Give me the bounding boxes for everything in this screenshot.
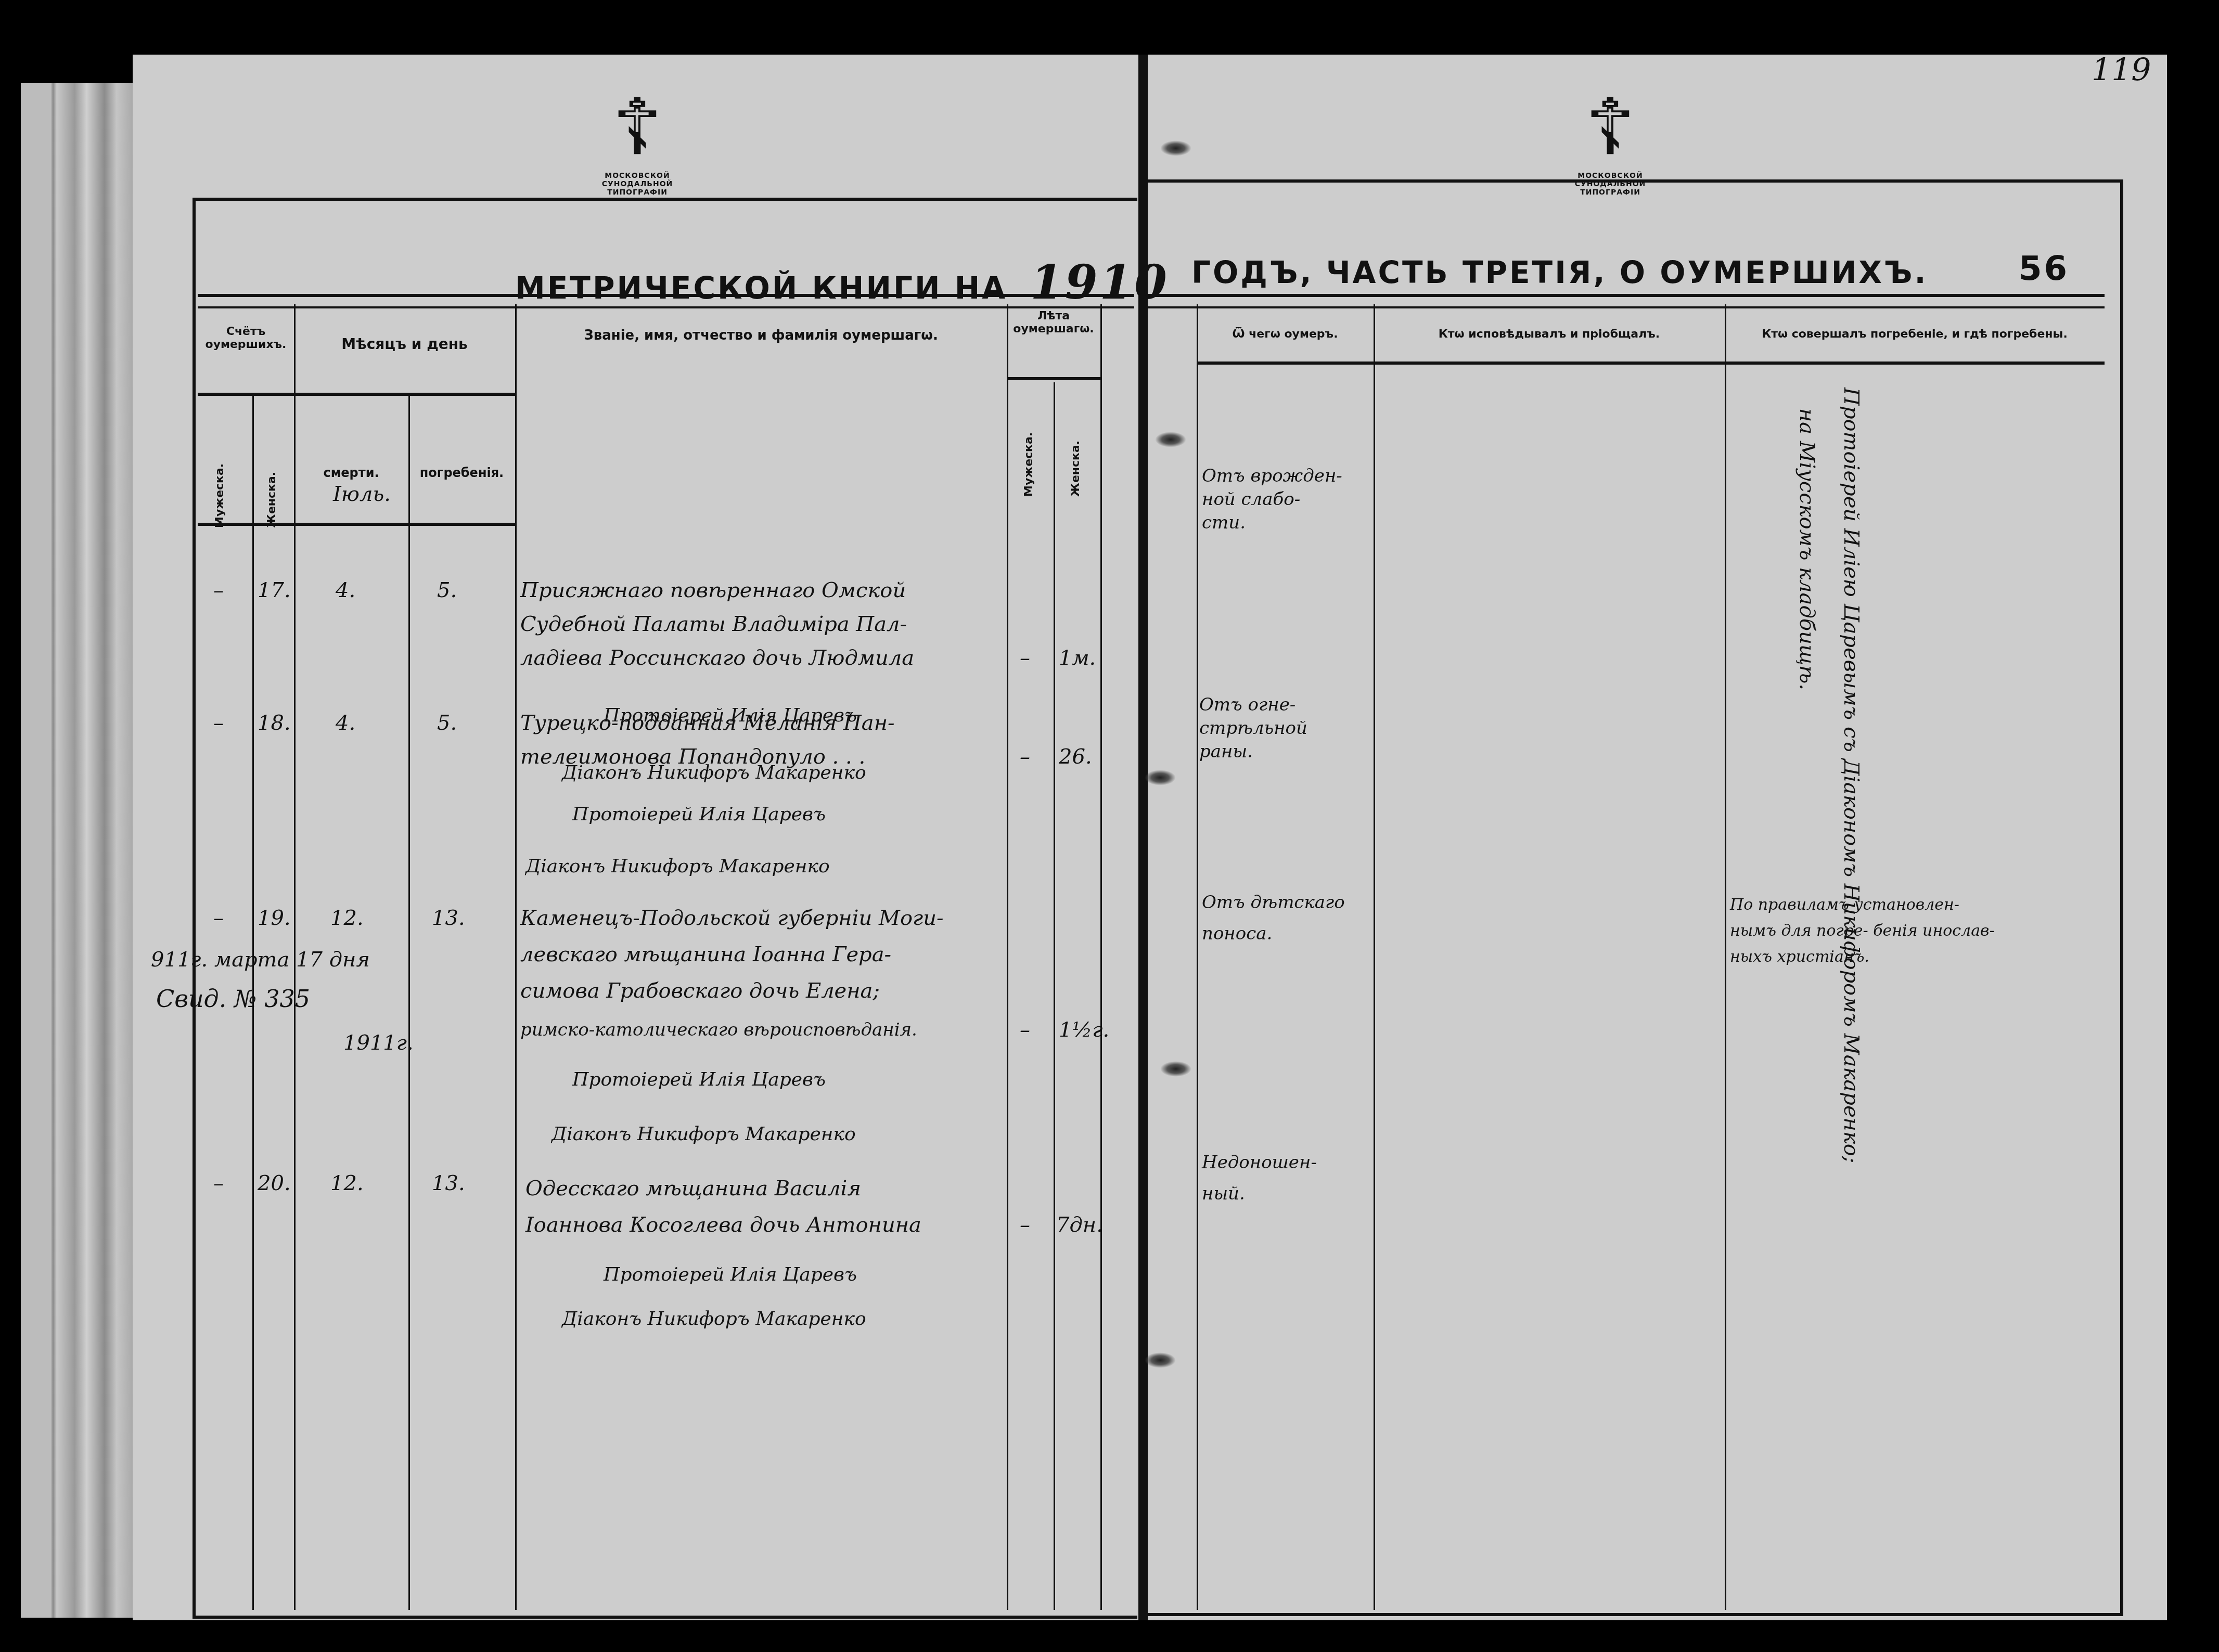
col-divider (1054, 382, 1055, 1610)
record-male: – (213, 1168, 224, 1199)
folio-stamp: 119 (2092, 52, 2151, 88)
record-death-day: 4. (336, 707, 355, 739)
record-number: 19. (258, 902, 291, 934)
signature-deacon: Діаконъ Никифоръ Макаренко (525, 856, 830, 877)
record-number: 20. (258, 1168, 291, 1199)
record-name-line: симова Грабовскаго дочь Елена; (520, 975, 880, 1006)
header-death: смерти. (294, 466, 408, 480)
margin-note-line: 1911г. (343, 1027, 414, 1059)
signature-priest: Протоіерей Илія Царевъ (572, 1069, 826, 1090)
signature-deacon: Діаконъ Никифоръ Макаренко (562, 1308, 866, 1330)
header-rule (1007, 377, 1100, 380)
record-death-day: 12. (330, 902, 364, 934)
binding-thread-stain (1160, 1061, 1191, 1077)
right-title: ГОДЪ, ЧАСТЬ ТРЕТІЯ, О ОУМЕРШИХЪ. (1191, 255, 1928, 290)
signature-priest: Протоіерей Илія Царевъ (572, 804, 826, 825)
record-age-female: 1м. (1059, 642, 1096, 674)
col-divider (515, 304, 517, 1610)
header-age-female: Женска. (1069, 393, 1082, 497)
binding-thread-stain (1145, 770, 1176, 785)
header-male: Мужеска. (213, 408, 226, 528)
cause-line: Недоношен- (1202, 1147, 1317, 1178)
header-age: Лѣта оумершагѡ. (1007, 309, 1100, 335)
header-name: Званіе, имя, отчество и фамилія оумершаг… (515, 328, 1007, 343)
binding-thread-stain (1155, 432, 1186, 447)
header-age-male: Мужеска. (1022, 393, 1035, 497)
record-name-line: Одесскаго мѣщанина Василія (525, 1173, 861, 1204)
right-table: Ѿ чегѡ оумеръ. Ктѡ исповѣдывалъ и пріобщ… (1147, 304, 2105, 1610)
record-age-male: – (1020, 1014, 1030, 1046)
record-age-male: – (1020, 642, 1030, 674)
col-divider (1197, 304, 1198, 1610)
record-name-line: Каменецъ-Подольской губерніи Моги- (520, 902, 944, 934)
double-headed-eagle-icon: ☦ (578, 83, 697, 172)
book-page-edges (21, 83, 140, 1618)
col-divider (1100, 304, 1102, 1610)
margin-note-line: 911г. марта 17 дня (151, 944, 370, 975)
record-male: – (213, 707, 224, 739)
double-headed-eagle-icon: ☦ (1550, 83, 1670, 172)
record-death-day: 12. (330, 1168, 364, 1199)
binding-thread-stain (1160, 140, 1191, 156)
record-number: 18. (258, 707, 291, 739)
col-divider (1725, 304, 1726, 1610)
record-name-line: ладіева Россинскаго дочь Людмила (520, 642, 914, 674)
cause-line: раны. (1199, 736, 1253, 767)
record-age-female: 26. (1059, 741, 1092, 772)
record-name-line: Іоаннова Косоглева дочь Антонина (525, 1209, 921, 1241)
record-burial-day: 13. (432, 902, 465, 934)
page-number: 56 (2019, 250, 2069, 288)
record-age-female: 7дн. (1056, 1209, 1103, 1241)
cause-line: сти. (1202, 507, 1246, 538)
signature-deacon: Діаконъ Никифоръ Макаренко (551, 1124, 856, 1145)
record-number: 17. (258, 575, 291, 606)
record-name-line: Турецко-подданная Меланія Пан- (520, 707, 895, 739)
header-female: Женска. (265, 408, 278, 528)
margin-note-line: Свид. № 335 (156, 983, 310, 1014)
record-name-line: Судебной Палаты Владиміра Пал- (520, 609, 907, 640)
record-name-line: римско-католическаго вѣроисповѣданія. (520, 1014, 917, 1046)
month-handwritten: Іюль. (333, 479, 391, 510)
crest-ribbon-text: МОСКОВСКОЙ СУНОДАЛЬНОЙ ТИПОГРАФІИ (578, 172, 697, 197)
record-burial-day: 13. (432, 1168, 465, 1199)
record-male: – (213, 575, 224, 606)
cause-line: Отъ дѣтскаго (1202, 887, 1345, 918)
col-divider (408, 395, 410, 1610)
header-rule (1197, 362, 2105, 365)
header-burial: погребенія. (408, 466, 515, 480)
record-age-female: 1½г. (1059, 1014, 1109, 1046)
record-name-line: левскаго мѣщанина Іоанна Гера- (520, 939, 891, 970)
cause-line: ный. (1202, 1178, 1245, 1209)
header-month-day: Мѣсяцъ и день (294, 335, 515, 353)
header-confessor: Ктѡ исповѣдывалъ и пріобщалъ. (1374, 328, 1725, 341)
signature-priest: Протоіерей Илія Царевъ (604, 1264, 857, 1285)
cemetery-vertical: на Міусскомъ кладбищѣ. (1795, 408, 1819, 876)
record-age-male: – (1020, 741, 1030, 772)
record-age-male: – (1020, 1209, 1030, 1241)
header-count-deceased: Счётъ оумершихъ. (198, 325, 294, 351)
record-burial-day: 5. (437, 575, 457, 606)
header-cause: Ѿ чегѡ оумеръ. (1197, 328, 1374, 341)
col-divider (1374, 304, 1375, 1610)
burial-note-line: ныхъ христіанъ. (1730, 941, 1869, 973)
record-name-line: Присяжнаго повѣреннаго Омской (520, 575, 906, 606)
col-divider (1007, 304, 1008, 1610)
crest-left: ☦ МОСКОВСКОЙ СУНОДАЛЬНОЙ ТИПОГРАФІИ (578, 83, 697, 203)
record-male: – (213, 902, 224, 934)
binding-thread-stain (1145, 1352, 1176, 1368)
record-name-line: телеимонова Попандопуло . . . (520, 741, 865, 772)
record-burial-day: 5. (437, 707, 457, 739)
record-death-day: 4. (336, 575, 355, 606)
cause-line: поноса. (1202, 918, 1272, 949)
header-burial-by: Ктѡ совершалъ погребеніе, и гдѣ погребен… (1725, 328, 2105, 341)
header-bottom-rule (198, 523, 515, 526)
header-rule (198, 393, 515, 396)
